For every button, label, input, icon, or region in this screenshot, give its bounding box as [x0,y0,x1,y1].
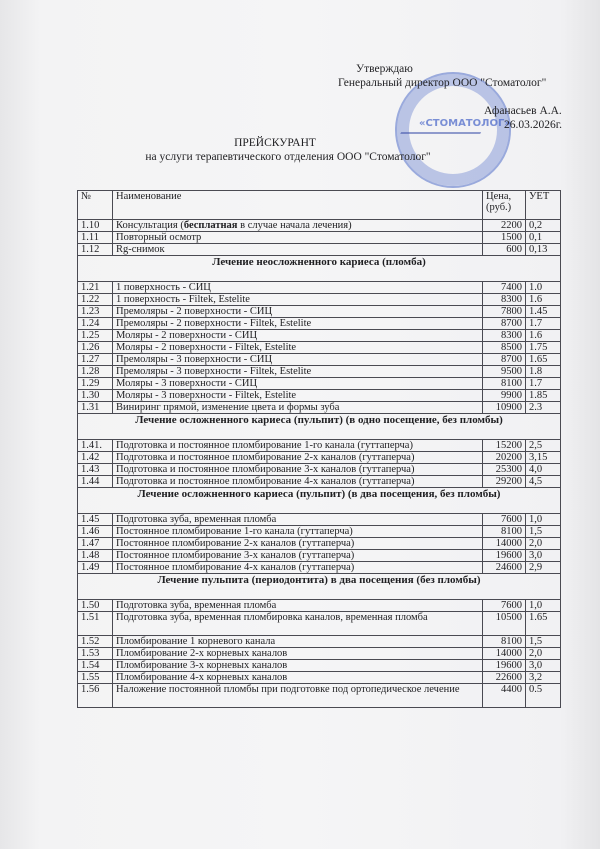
header-uet: УЕТ [526,191,561,220]
service-name: Подготовка и постоянное пломбирование 3-… [113,464,483,476]
header-name: Наименование [113,191,483,220]
service-name: Подготовка зуба, временная пломба [113,600,483,612]
table-row: 1.56Наложение постоянной пломбы при подг… [78,684,561,708]
service-name: Постоянное пломбирование 4-х каналов (гу… [113,562,483,574]
service-price: 8700 [483,354,526,366]
row-number: 1.54 [78,660,113,672]
table-row: 1.53Пломбирование 2-х корневых каналов14… [78,648,561,660]
section-title: Лечение пульпита (периодонтита) в два по… [78,574,561,600]
row-number: 1.53 [78,648,113,660]
service-uet: 1.85 [526,390,561,402]
row-number: 1.48 [78,550,113,562]
table-row: 1.25Моляры - 2 поверхности - СИЦ83001.6 [78,330,561,342]
table-header-row: № Наименование Цена, (руб.) УЕТ [78,191,561,220]
row-number: 1.23 [78,306,113,318]
table-row: 1.31Виниринг прямой, изменение цвета и ф… [78,402,561,414]
service-price: 2200 [483,220,526,232]
service-name: Премоляры - 2 поверхности - СИЦ [113,306,483,318]
service-uet: 3,15 [526,452,561,464]
table-row: 1.23Премоляры - 2 поверхности - СИЦ78001… [78,306,561,318]
approver-position: Генеральный директор ООО "Стоматолог" [338,76,546,90]
row-number: 1.50 [78,600,113,612]
section-header-row: Лечение осложненного кариеса (пульпит) (… [78,414,561,440]
row-number: 1.41. [78,440,113,452]
service-uet: 2,0 [526,538,561,550]
service-price: 9500 [483,366,526,378]
service-name: Повторный осмотр [113,232,483,244]
service-uet: 2,9 [526,562,561,574]
service-name: Подготовка и постоянное пломбирование 1-… [113,440,483,452]
section-title: Лечение неосложненного кариеса (пломба) [78,256,561,282]
header-price: Цена, (руб.) [483,191,526,220]
service-name: Моляры - 3 поверхности - Filtek, Estelit… [113,390,483,402]
service-uet: 1.0 [526,282,561,294]
table-row: 1.27Премоляры - 3 поверхности - СИЦ87001… [78,354,561,366]
service-uet: 1.8 [526,366,561,378]
service-uet: 0,2 [526,220,561,232]
service-price: 1500 [483,232,526,244]
service-price: 29200 [483,476,526,488]
service-price: 10900 [483,402,526,414]
table-row: 1.24Премоляры - 2 поверхности - Filtek, … [78,318,561,330]
table-row: 1.43Подготовка и постоянное пломбировани… [78,464,561,476]
row-number: 1.10 [78,220,113,232]
row-number: 1.28 [78,366,113,378]
table-row: 1.41.Подготовка и постоянное пломбирован… [78,440,561,452]
row-number: 1.26 [78,342,113,354]
service-uet: 4,0 [526,464,561,476]
service-price: 22600 [483,672,526,684]
service-name: Подготовка зуба, временная пломба [113,514,483,526]
row-number: 1.31 [78,402,113,414]
service-name: Пломбирование 4-х корневых каналов [113,672,483,684]
service-uet: 1,5 [526,526,561,538]
service-price: 14000 [483,648,526,660]
row-number: 1.51 [78,612,113,636]
table-row: 1.50Подготовка зуба, временная пломба760… [78,600,561,612]
row-number: 1.47 [78,538,113,550]
service-name-part: в случае начала лечения) [237,220,351,231]
service-uet: 2,5 [526,440,561,452]
row-number: 1.11 [78,232,113,244]
service-price: 8500 [483,342,526,354]
service-uet: 1.7 [526,378,561,390]
row-number: 1.46 [78,526,113,538]
service-uet: 1,0 [526,600,561,612]
row-number: 1.43 [78,464,113,476]
section-header-row: Лечение пульпита (периодонтита) в два по… [78,574,561,600]
service-uet: 0,1 [526,232,561,244]
row-number: 1.56 [78,684,113,708]
table-row: 1.221 поверхность - Filtek, Estelite8300… [78,294,561,306]
service-name: Подготовка зуба, временная пломбировка к… [113,612,483,636]
table-row: 1.30Моляры - 3 поверхности - Filtek, Est… [78,390,561,402]
row-number: 1.49 [78,562,113,574]
table-row: 1.45Подготовка зуба, временная пломба760… [78,514,561,526]
row-number: 1.45 [78,514,113,526]
service-price: 7800 [483,306,526,318]
service-name: Постоянное пломбирование 3-х каналов (гу… [113,550,483,562]
service-uet: 2,0 [526,648,561,660]
service-name-emphasis: бесплатная [184,220,238,231]
service-price: 600 [483,244,526,256]
service-name: Постоянное пломбирование 2-х каналов (гу… [113,538,483,550]
service-price: 8100 [483,378,526,390]
service-uet: 1.75 [526,342,561,354]
price-table: № Наименование Цена, (руб.) УЕТ 1.10Конс… [77,190,561,708]
service-price: 15200 [483,440,526,452]
service-name: Моляры - 2 поверхности - Filtek, Estelit… [113,342,483,354]
approver-name: Афанасьев А.А. [484,104,562,118]
service-name: Моляры - 2 поверхности - СИЦ [113,330,483,342]
row-number: 1.25 [78,330,113,342]
service-name: Постоянное пломбирование 1-го канала (гу… [113,526,483,538]
service-price: 8300 [483,330,526,342]
service-price: 8300 [483,294,526,306]
approval-block: Утверждаю Генеральный директор ООО "Стом… [356,62,413,76]
table-row: 1.51Подготовка зуба, временная пломбиров… [78,612,561,636]
table-row: 1.12Rg-снимок6000,13 [78,244,561,256]
section-title: Лечение осложненного кариеса (пульпит) (… [78,414,561,440]
service-price: 8700 [483,318,526,330]
service-name: 1 поверхность - Filtek, Estelite [113,294,483,306]
row-number: 1.24 [78,318,113,330]
service-price: 10500 [483,612,526,636]
service-name: Премоляры - 3 поверхности - СИЦ [113,354,483,366]
service-price: 20200 [483,452,526,464]
service-uet: 1.65 [526,354,561,366]
service-uet: 2.3 [526,402,561,414]
row-number: 1.52 [78,636,113,648]
document-title: ПРЕЙСКУРАНТ [25,137,525,149]
service-uet: 4,5 [526,476,561,488]
service-uet: 1.45 [526,306,561,318]
service-name-part: Консультация ( [116,220,184,231]
service-price: 25300 [483,464,526,476]
table-row: 1.55Пломбирование 4-х корневых каналов22… [78,672,561,684]
table-row: 1.54Пломбирование 3-х корневых каналов19… [78,660,561,672]
service-uet: 1.6 [526,294,561,306]
section-title: Лечение осложненного кариеса (пульпит) (… [78,488,561,514]
service-price: 14000 [483,538,526,550]
service-name: Подготовка и постоянное пломбирование 4-… [113,476,483,488]
service-uet: 1.65 [526,612,561,636]
table-row: 1.42Подготовка и постоянное пломбировани… [78,452,561,464]
service-name: 1 поверхность - СИЦ [113,282,483,294]
table-row: 1.211 поверхность - СИЦ74001.0 [78,282,561,294]
header-num: № [78,191,113,220]
row-number: 1.30 [78,390,113,402]
service-name: Виниринг прямой, изменение цвета и формы… [113,402,483,414]
service-price: 8100 [483,636,526,648]
table-row: 1.11Повторный осмотр15000,1 [78,232,561,244]
service-name: Премоляры - 2 поверхности - Filtek, Este… [113,318,483,330]
service-price: 7400 [483,282,526,294]
section-header-row: Лечение неосложненного кариеса (пломба) [78,256,561,282]
service-name: Премоляры - 3 поверхности - Filtek, Este… [113,366,483,378]
service-name: Пломбирование 2-х корневых каналов [113,648,483,660]
service-name: Пломбирование 1 корневого канала [113,636,483,648]
service-price: 4400 [483,684,526,708]
table-row: 1.28Премоляры - 3 поверхности - Filtek, … [78,366,561,378]
approval-heading: Утверждаю [356,62,413,76]
service-name: Моляры - 3 поверхности - СИЦ [113,378,483,390]
table-row: 1.29Моляры - 3 поверхности - СИЦ81001.7 [78,378,561,390]
service-name: Пломбирование 3-х корневых каналов [113,660,483,672]
service-uet: 0,13 [526,244,561,256]
service-price: 24600 [483,562,526,574]
table-row: 1.49Постоянное пломбирование 4-х каналов… [78,562,561,574]
row-number: 1.44 [78,476,113,488]
service-name: Консультация (бесплатная в случае начала… [113,220,483,232]
service-uet: 3,0 [526,660,561,672]
service-uet: 3,2 [526,672,561,684]
table-row: 1.26Моляры - 2 поверхности - Filtek, Est… [78,342,561,354]
service-uet: 1.6 [526,330,561,342]
table-row: 1.10Консультация (бесплатная в случае на… [78,220,561,232]
service-name: Наложение постоянной пломбы при подготов… [113,684,483,708]
service-price: 7600 [483,600,526,612]
table-row: 1.52Пломбирование 1 корневого канала8100… [78,636,561,648]
table-row: 1.46Постоянное пломбирование 1-го канала… [78,526,561,538]
service-uet: 0.5 [526,684,561,708]
table-row: 1.44Подготовка и постоянное пломбировани… [78,476,561,488]
table-row: 1.47Постоянное пломбирование 2-х каналов… [78,538,561,550]
service-price: 7600 [483,514,526,526]
service-uet: 1,5 [526,636,561,648]
row-number: 1.42 [78,452,113,464]
row-number: 1.29 [78,378,113,390]
document-page: «СТОМАТОЛОГ» Утверждаю Генеральный дирек… [0,0,600,849]
service-price: 9900 [483,390,526,402]
service-name: Rg-снимок [113,244,483,256]
row-number: 1.55 [78,672,113,684]
section-header-row: Лечение осложненного кариеса (пульпит) (… [78,488,561,514]
service-price: 19600 [483,550,526,562]
row-number: 1.22 [78,294,113,306]
document-subtitle: на услуги терапевтического отделения ООО… [38,151,538,163]
service-uet: 1.7 [526,318,561,330]
service-uet: 3,0 [526,550,561,562]
row-number: 1.21 [78,282,113,294]
service-price: 8100 [483,526,526,538]
table-row: 1.48Постоянное пломбирование 3-х каналов… [78,550,561,562]
row-number: 1.27 [78,354,113,366]
approval-date: 26.03.2026г. [504,118,562,132]
service-uet: 1,0 [526,514,561,526]
row-number: 1.12 [78,244,113,256]
service-name: Подготовка и постоянное пломбирование 2-… [113,452,483,464]
service-price: 19600 [483,660,526,672]
